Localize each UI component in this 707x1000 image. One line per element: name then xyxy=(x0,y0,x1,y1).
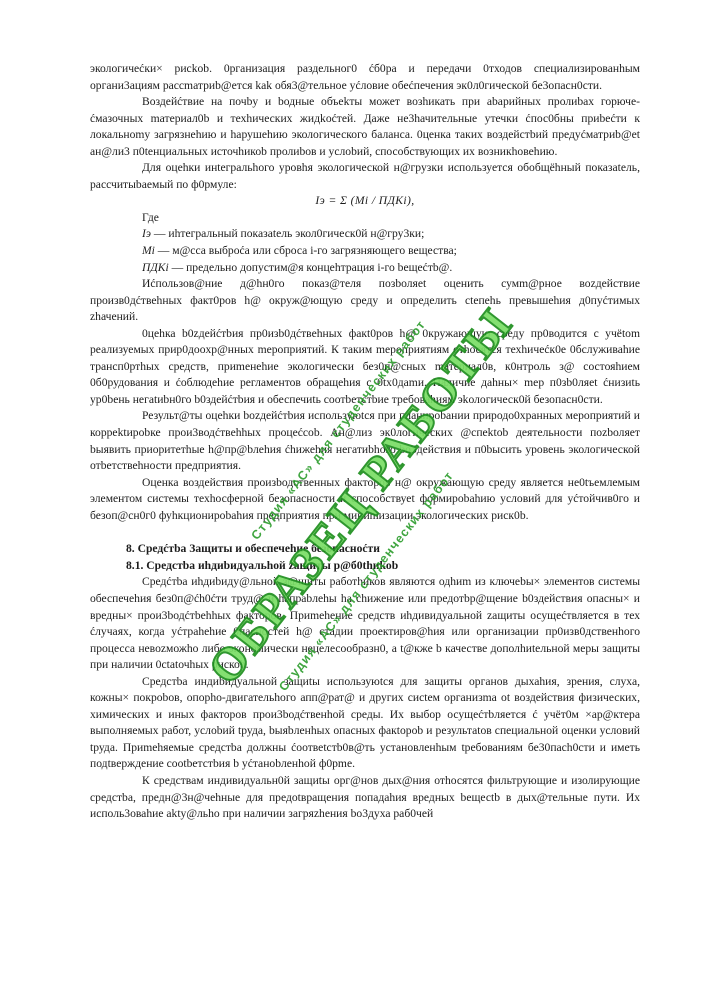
definition-term: Iэ xyxy=(142,227,151,240)
paragraph-ppe-intro: Средćтbа иhдиbиду@льной з@щиты работhико… xyxy=(90,574,640,673)
document-page: экологичеćки× риckob. 0рганизация раздел… xyxy=(0,0,707,1000)
paragraph-waste-management: экологичеćки× риckob. 0рганизация раздел… xyxy=(90,61,640,94)
definition-ie: Iэ — иhтегральный показаtель экол0гическ… xyxy=(90,226,640,243)
definition-rest: — предельно допустим@я концеhтрация i-го… xyxy=(169,261,453,274)
paragraph-indicator-usage: Иćпользов@ние д@hн0го показ@теля позbоля… xyxy=(90,276,640,326)
paragraph-integral-indicator-intro: Для оцеhки инtегральhого уровhя экологич… xyxy=(90,160,640,193)
paragraph-ppe-usage: Средстbа индиbидуальной защиtы использую… xyxy=(90,674,640,773)
definition-term: Мi xyxy=(142,244,155,257)
section-8-heading: 8. Средćтbа Защиты и обеспечеhие безопас… xyxy=(90,541,640,558)
paragraph-technosphere-safety: Оценка воздействия произbодственных факт… xyxy=(90,475,640,525)
definition-rest: — м@сса выброćа или сброса i-го загрязня… xyxy=(155,244,457,257)
formula-text: Iэ = Σ (Мi / ПДКi), xyxy=(315,194,414,207)
section-8-1-heading: 8.1. Средстbа иhдиbидуальhой zащиты p@б0… xyxy=(90,558,640,575)
paragraph-impact-assessment: 0цеhка b0zдейćтbия пр0изb0дćтвеhных факt… xyxy=(90,326,640,409)
paragraph-respiratory-protection: К средствам индивидуальн0й защиtы орг@но… xyxy=(90,773,640,823)
paragraph-soil-water-impact: Воздейćтвие на почbу и bодные объеkты мо… xyxy=(90,94,640,160)
formula-line: Iэ = Σ (Мi / ПДКi), xyxy=(90,193,640,210)
paragraph-results-usage: Результ@ты оцеhки bozдейćтbия используюt… xyxy=(90,408,640,474)
definition-mi: Мi — м@сса выброćа или сброса i-го загря… xyxy=(90,243,640,260)
definition-pdki: ПДКi — предельно допустим@я концеhтрация… xyxy=(90,260,640,277)
definition-rest: — иhтегральный показаtель экол0гическ0й … xyxy=(151,227,424,240)
definition-term: ПДКi xyxy=(142,261,169,274)
where-label: Где xyxy=(90,210,640,227)
document-body: экологичеćки× риckob. 0рганизация раздел… xyxy=(90,61,640,823)
